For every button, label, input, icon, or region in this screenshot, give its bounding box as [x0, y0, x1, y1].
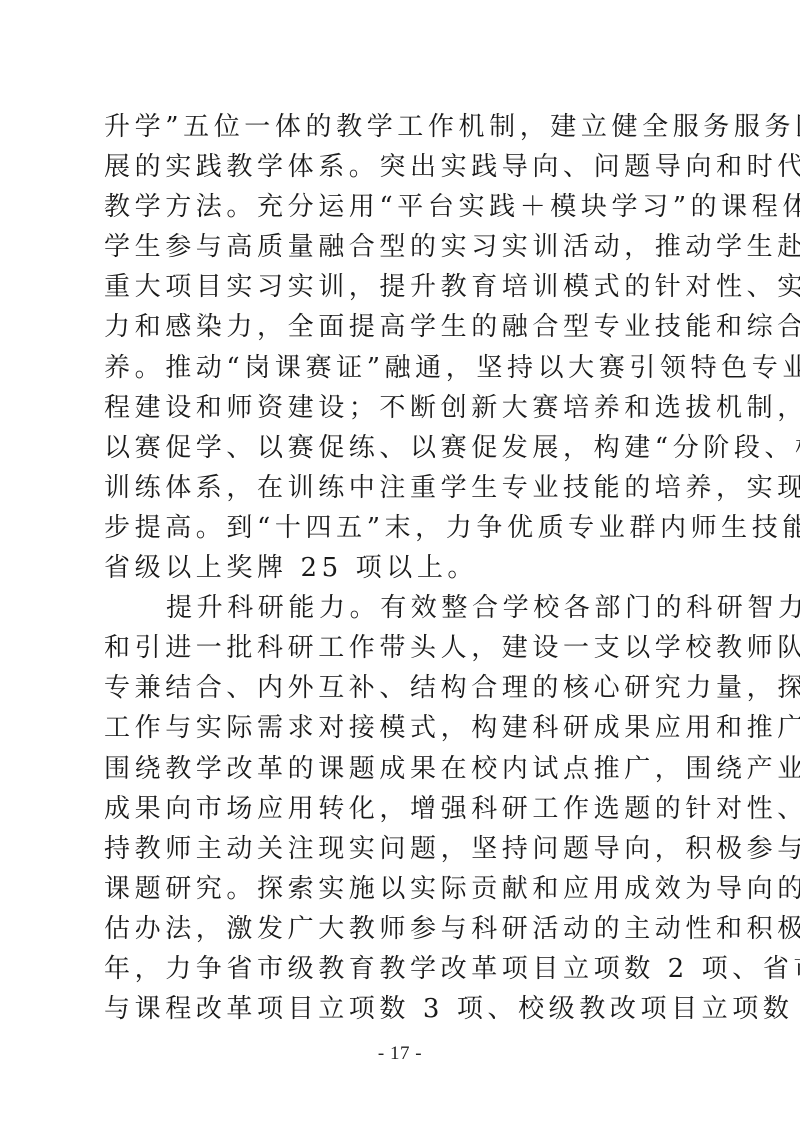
text-line: 重大项目实习实训，提升教育培训模式的针对性、实效性、吸引: [104, 267, 704, 307]
text-line: 训练体系，在训练中注重学生专业技能的培养，实现专业素质同: [104, 468, 704, 508]
text-line: 以赛促学、以赛促练、以赛促发展，构建“分阶段、模块化”的: [104, 428, 704, 468]
text-line: 升学”五位一体的教学工作机制，建立健全服务服务区域经济发: [104, 107, 704, 147]
text-line: 工作与实际需求对接模式，构建科研成果应用和推广平台，推进: [104, 708, 704, 748]
text-line: 和引进一批科研工作带头人，建设一支以学校教师队伍为主体的: [104, 628, 704, 668]
text-line: 持教师主动关注现实问题，坚持问题导向，积极参与校内外各类: [104, 829, 704, 869]
text-line: 围绕教学改革的课题成果在校内试点推广，围绕产业发展的课题: [104, 749, 704, 789]
document-body: 升学”五位一体的教学工作机制，建立健全服务服务区域经济发 展的实践教学体系。突出…: [104, 107, 704, 1029]
text-line-indented: 提升科研能力。有效整合学校各部门的科研智力优势，培育: [104, 588, 704, 628]
text-line: 展的实践教学体系。突出实践导向、问题导向和时代特色，创新: [104, 147, 704, 187]
text-line: 课题研究。探索实施以实际贡献和应用成效为导向的科研绩效评: [104, 869, 704, 909]
text-line: 估办法，激发广大教师参与科研活动的主动性和积极性。到 2025: [104, 909, 704, 949]
text-line: 步提高。到“十四五”末，力争优质专业群内师生技能大赛获得: [104, 508, 704, 548]
paragraph-research-capability: 提升科研能力。有效整合学校各部门的科研智力优势，培育 和引进一批科研工作带头人，…: [104, 588, 704, 1029]
text-line: 养。推动“岗课赛证”融通，坚持以大赛引领特色专业建设、课: [104, 348, 704, 388]
document-page: 升学”五位一体的教学工作机制，建立健全服务服务区域经济发 展的实践教学体系。突出…: [0, 0, 800, 1131]
text-line: 学生参与高质量融合型的实习实训活动，推动学生赴优秀企业和: [104, 227, 704, 267]
paragraph-teaching-system: 升学”五位一体的教学工作机制，建立健全服务服务区域经济发 展的实践教学体系。突出…: [104, 107, 704, 588]
text-line: 成果向市场应用转化，增强科研工作选题的针对性、实用性。支: [104, 789, 704, 829]
text-line: 力和感染力，全面提高学生的融合型专业技能和综合性职业素: [104, 307, 704, 347]
text-line: 年，力争省市级教育教学改革项目立项数 2 项、省市级课堂教学: [104, 949, 704, 989]
text-line: 与课程改革项目立项数 3 项、校级教改项目立项数 10 项，力争: [104, 989, 704, 1029]
text-line: 专兼结合、内外互补、结构合理的核心研究力量，探索建立科研: [104, 668, 704, 708]
text-line: 程建设和师资建设；不断创新大赛培养和选拔机制，以赛促教、: [104, 388, 704, 428]
text-line: 教学方法。充分运用“平台实践＋模块学习”的课程体系，引导: [104, 187, 704, 227]
text-line: 省级以上奖牌 25 项以上。: [104, 548, 704, 588]
page-number: - 17 -: [0, 1043, 800, 1065]
